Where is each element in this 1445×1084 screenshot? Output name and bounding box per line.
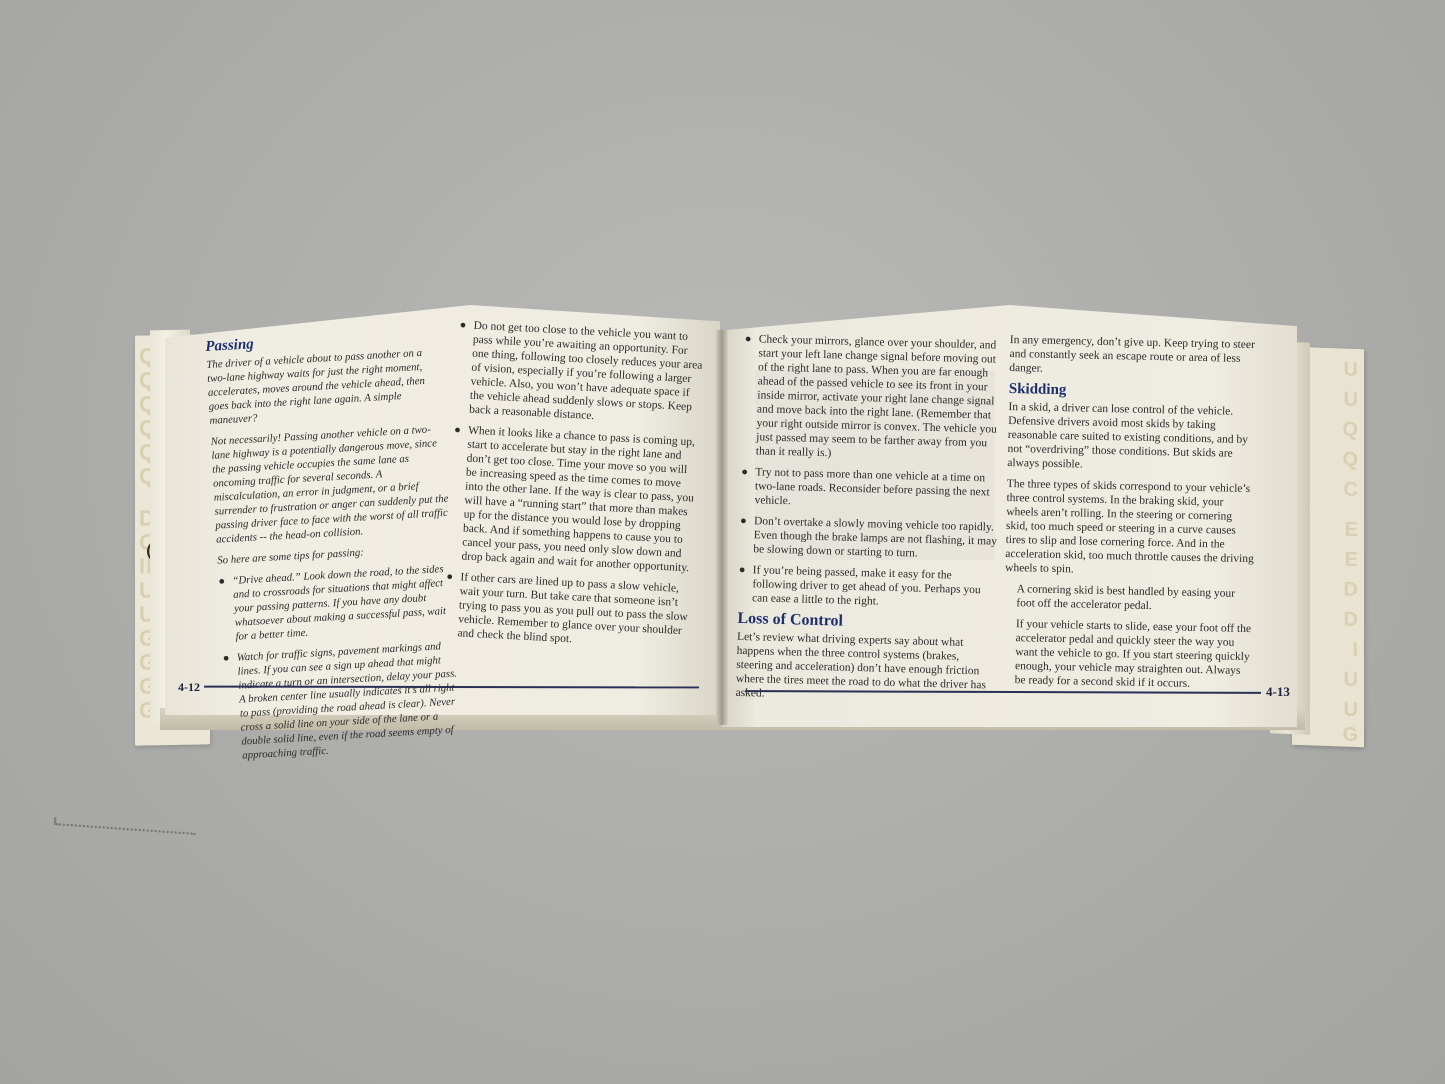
bullet-icon: ●	[446, 570, 453, 584]
bullet-list: ●Check your mirrors, glance over your sh…	[738, 332, 1003, 612]
list-item-text: Check your mirrors, glance over your sho…	[756, 333, 997, 459]
paragraph: Let’s review what driving experts say ab…	[735, 630, 995, 707]
list-item-text: Don’t overtake a slowly moving vehicle t…	[753, 515, 997, 559]
page-number-left: 4-12	[178, 680, 200, 695]
bullet-icon: ●	[739, 563, 746, 577]
list-item-text: If other cars are lined up to pass a slo…	[457, 571, 688, 645]
tab-letter: I	[1352, 639, 1358, 662]
bullet-list: ●“Drive ahead.” Look down the road, to t…	[218, 562, 463, 764]
bullet-icon: ●	[218, 574, 225, 588]
paragraph: Not necessarily! Passing another vehicle…	[210, 422, 451, 547]
bullet-icon: ●	[745, 332, 752, 346]
bullet-icon: ●	[222, 651, 229, 665]
tab-letter: U	[1344, 389, 1358, 413]
paragraph: In any emergency, don’t give up. Keep tr…	[1009, 333, 1260, 380]
left-page-column-1: Passing The driver of a vehicle about to…	[205, 327, 464, 770]
paragraph: The three types of skids correspond to y…	[1005, 477, 1257, 580]
tab-letter: E	[1345, 519, 1358, 542]
list-item-text: Try not to pass more than one vehicle at…	[754, 466, 989, 507]
right-page-column-2: In any emergency, don’t give up. Keep tr…	[1002, 333, 1260, 699]
tab-letter: U	[1344, 359, 1358, 383]
list-item: ●Don’t overtake a slowly moving vehicle …	[739, 514, 998, 563]
paragraph: A cornering skid is best handled by easi…	[1004, 582, 1255, 615]
bullet-list: ●Do not get too close to the vehicle you…	[443, 318, 705, 652]
tab-letter: Q	[1342, 449, 1358, 473]
section-heading-skidding: Skidding	[1009, 382, 1259, 401]
bullet-icon: ●	[459, 318, 466, 332]
list-item-text: Watch for traffic signs, pavement markin…	[236, 640, 457, 761]
right-page-column-1: ●Check your mirrors, glance over your sh…	[735, 332, 1003, 714]
list-item: ●If other cars are lined up to pass a sl…	[443, 570, 691, 653]
section-heading-loss-of-control: Loss of Control	[737, 612, 995, 633]
paragraph: If your vehicle starts to slide, ease yo…	[1003, 617, 1254, 692]
left-page-column-2: ●Do not get too close to the vehicle you…	[443, 318, 705, 659]
photo-scene: QUICK QUIC QUI QU QU Q DE QE IDE UIDE UI…	[0, 0, 1445, 1084]
tab-letter: D	[1344, 579, 1358, 603]
list-item: ●Check your mirrors, glance over your sh…	[742, 332, 1003, 465]
list-item-text: If you’re being passed, make it easy for…	[752, 564, 981, 607]
list-item-text: Do not get too close to the vehicle you …	[469, 320, 703, 422]
list-item: ●“Drive ahead.” Look down the road, to t…	[218, 562, 457, 645]
tab-letter: E	[1345, 549, 1358, 572]
tab-letter: D	[1344, 609, 1358, 633]
bullet-icon: ●	[454, 423, 461, 437]
bullet-icon: ●	[741, 465, 748, 479]
tab-letter: C	[1344, 479, 1358, 503]
list-item: ●Do not get too close to the vehicle you…	[455, 318, 705, 429]
list-item: ●Try not to pass more than one vehicle a…	[740, 465, 999, 514]
book-gutter	[716, 330, 728, 725]
list-item-text: “Drive ahead.” Look down the road, to th…	[232, 563, 446, 643]
pen-mark	[54, 823, 195, 855]
tab-letter: U	[1344, 699, 1358, 723]
page-number-right: 4-13	[1266, 684, 1290, 700]
list-item: ●If you’re being passed, make it easy fo…	[738, 563, 997, 612]
tab-letter: G	[1342, 724, 1358, 748]
bullet-icon: ●	[740, 514, 747, 528]
list-item: ●When it looks like a chance to pass is …	[447, 423, 699, 576]
paragraph: In a skid, a driver can lose control of …	[1007, 400, 1258, 475]
paragraph: The driver of a vehicle about to pass an…	[206, 345, 445, 428]
list-item-text: When it looks like a chance to pass is c…	[461, 425, 695, 575]
tab-letter: U	[1344, 669, 1358, 693]
tab-letter: Q	[1342, 419, 1358, 443]
list-item: ●Watch for traffic signs, pavement marki…	[222, 638, 463, 763]
